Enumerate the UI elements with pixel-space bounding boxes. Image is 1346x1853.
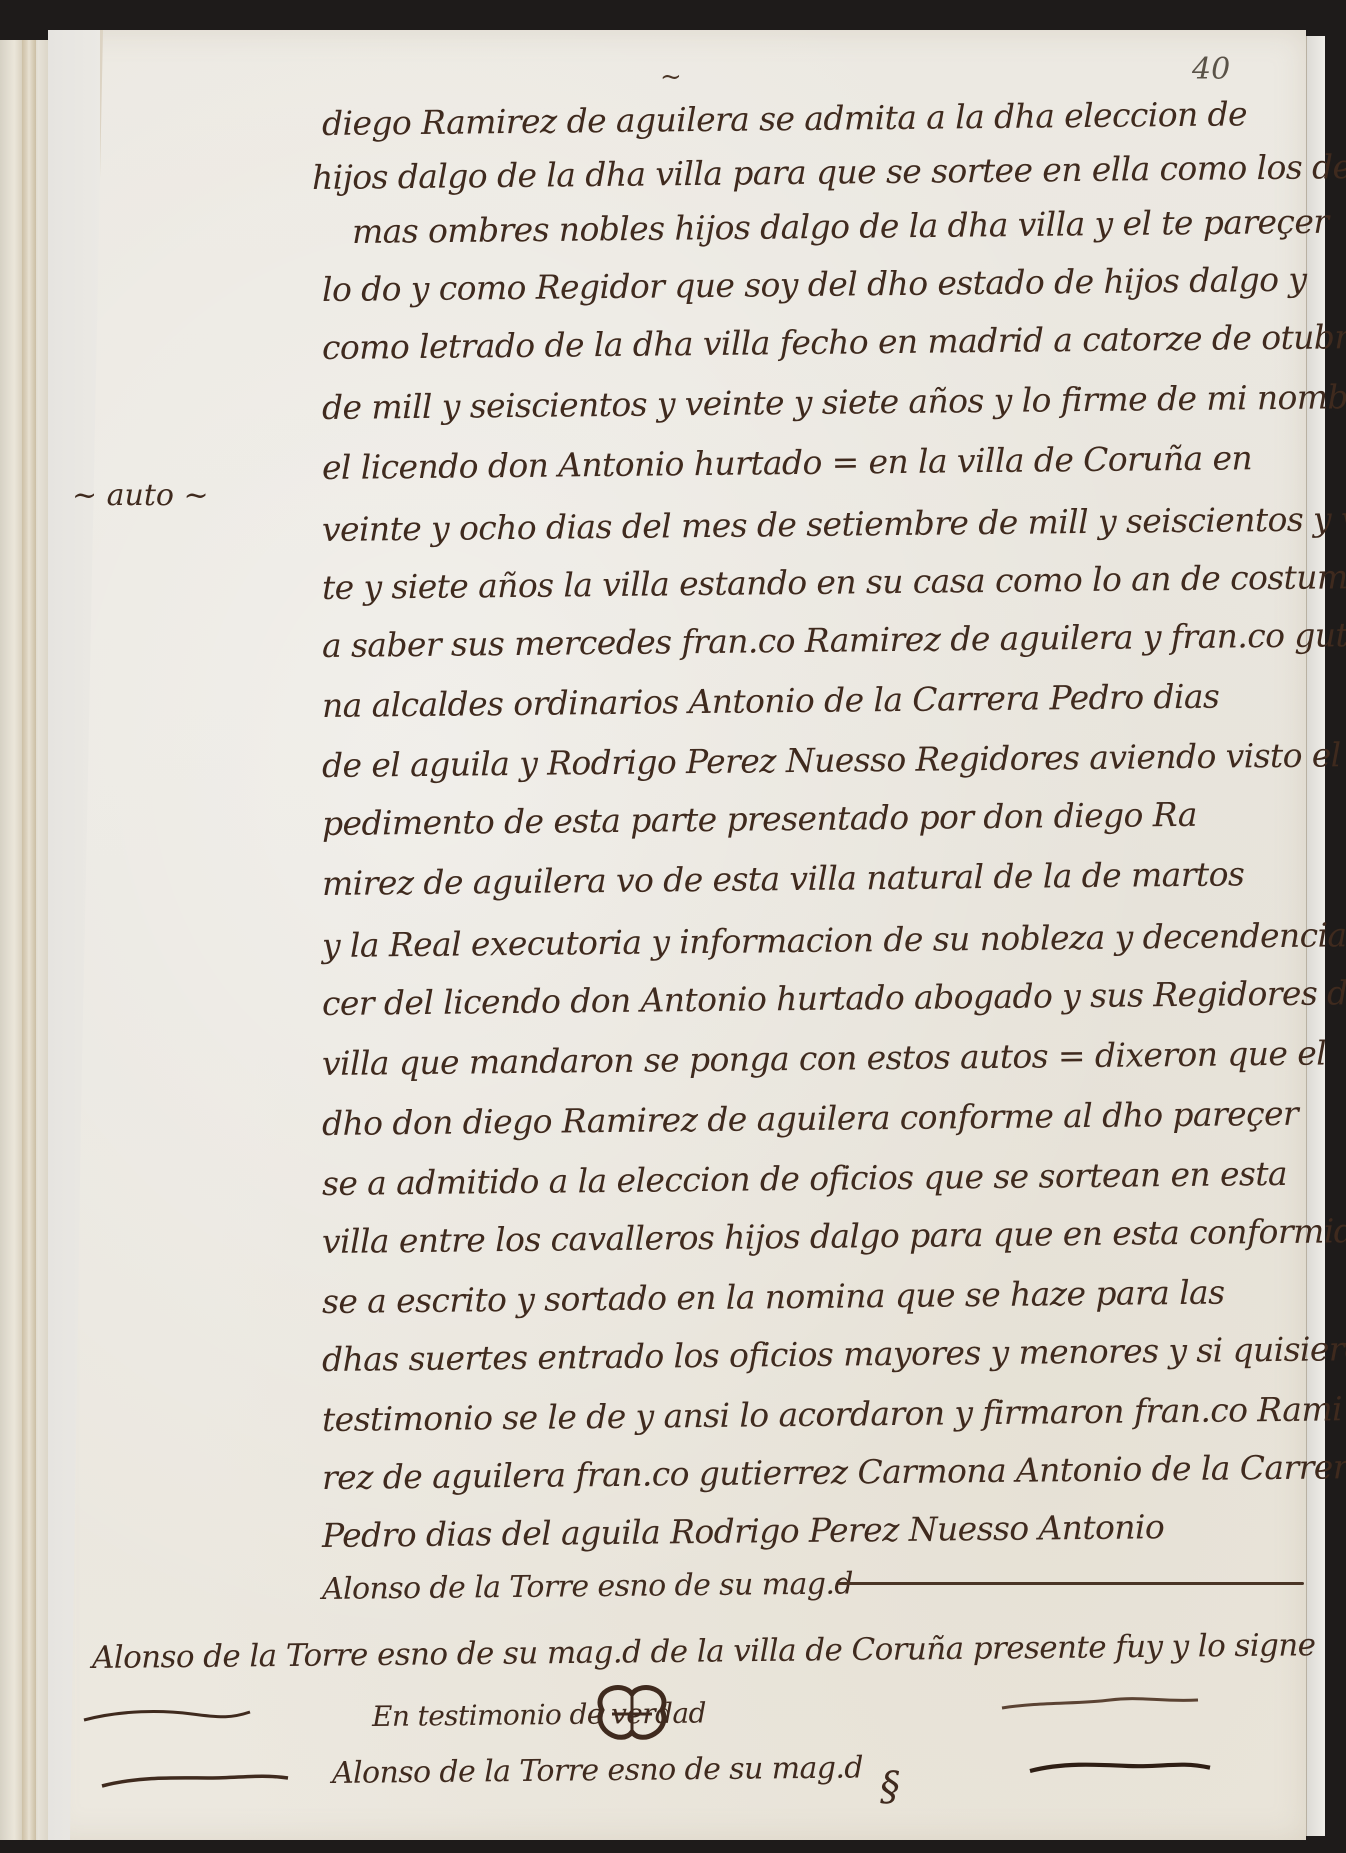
- flourish-rule-right-2: [1010, 1756, 1230, 1776]
- flourish-rule-left-2: [100, 1770, 290, 1790]
- spine-binding: [22, 40, 36, 1840]
- rubric-mark: §: [880, 1764, 900, 1810]
- notarial-sign-icon: [592, 1680, 672, 1748]
- text-line: Alonso de la Torre esno de su mag.d: [322, 1566, 853, 1607]
- flourish-rule-right-1: [1000, 1694, 1200, 1714]
- top-flourish: ~: [660, 62, 682, 92]
- margin-note-auto: ~ auto ~: [72, 478, 209, 513]
- closing-rule: [838, 1582, 1304, 1585]
- folio-number: 40: [1192, 52, 1230, 87]
- signature-name: Alonso de la Torre esno de su mag.d: [332, 1750, 863, 1791]
- flourish-rule-left-1: [82, 1706, 252, 1726]
